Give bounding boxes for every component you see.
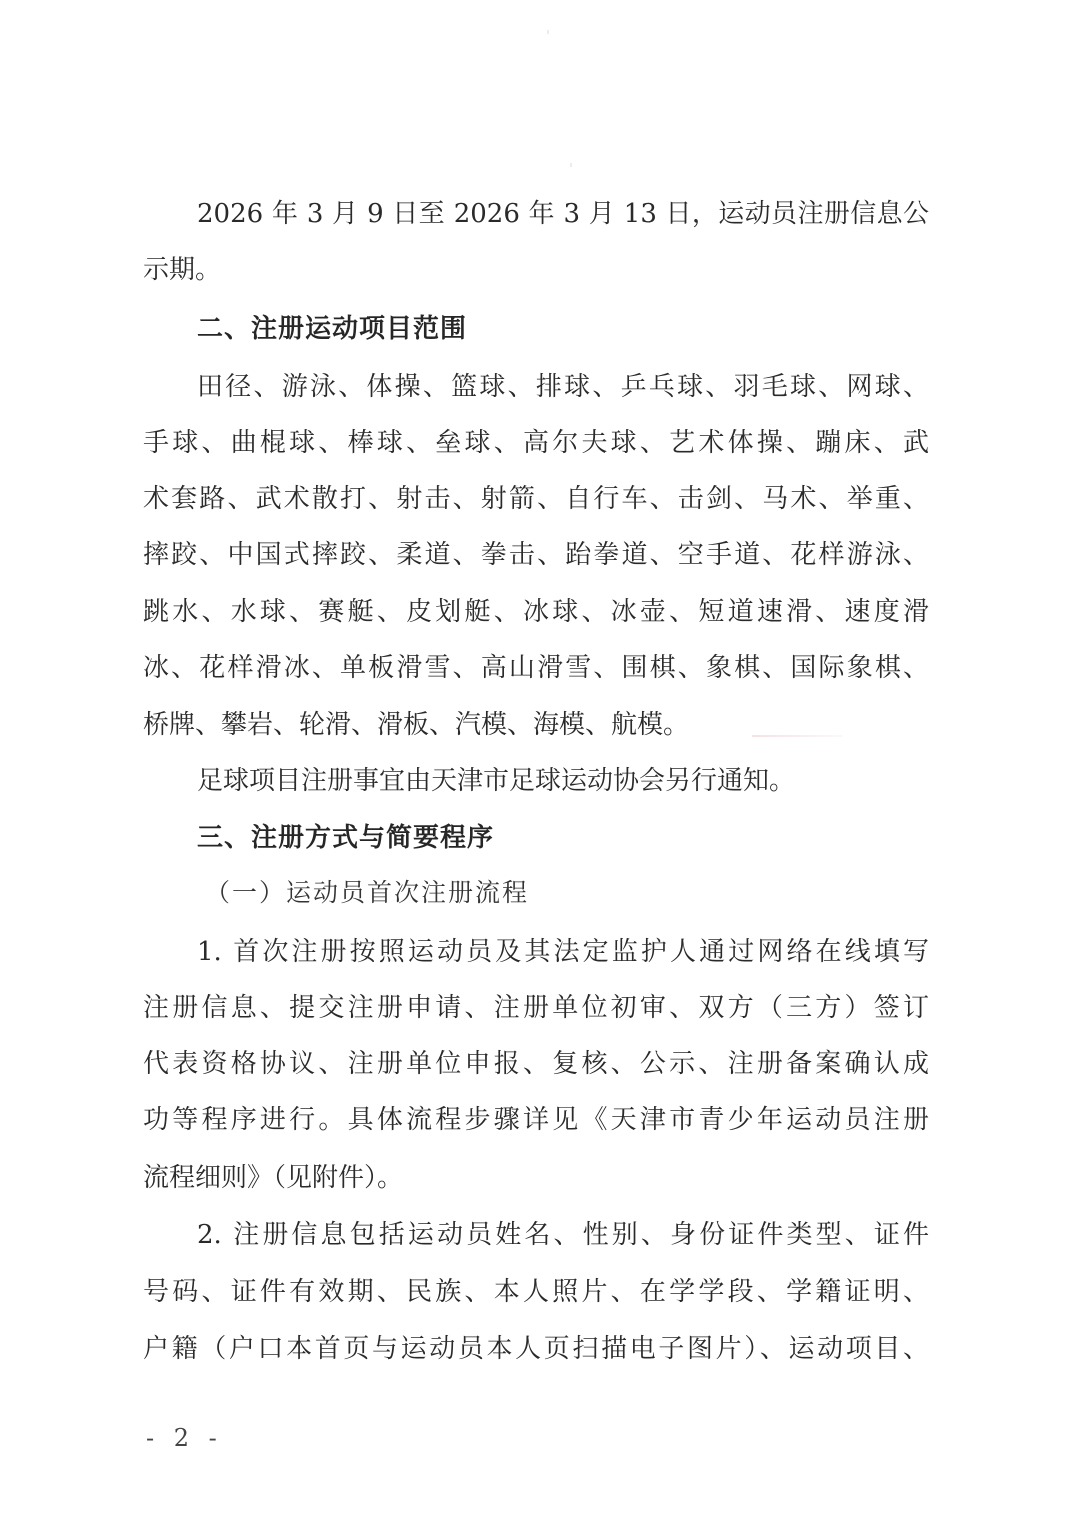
item-one-line-2: 注册信息、提交注册申请、注册单位初审、双方（三方）签订	[143, 988, 929, 1028]
scan-dust	[570, 163, 572, 167]
sports-list-line-2: 手球、曲棍球、棒球、垒球、高尔夫球、艺术体操、蹦床、武	[143, 423, 929, 463]
period-notice-line-2: 示期。	[143, 250, 929, 290]
sports-list-line-1: 田径、游泳、体操、篮球、排球、乒乓球、羽毛球、网球、	[197, 367, 929, 407]
item-one-line-5: 流程细则》（见附件）。	[143, 1158, 929, 1198]
period-notice-line-1: 2026 年 3 月 9 日至 2026 年 3 月 13 日，运动员注册信息公	[197, 194, 929, 234]
sports-list-line-5: 跳水、水球、赛艇、皮划艇、冰球、冰壶、短道速滑、速度滑	[143, 592, 929, 632]
section-three-heading: 三、注册方式与简要程序	[197, 818, 929, 858]
page-number: - 2 -	[146, 1424, 223, 1452]
item-two-line-3: 户籍（户口本首页与运动员本人页扫描电子图片）、运动项目、	[143, 1329, 929, 1369]
sports-list-line-6: 冰、花样滑冰、单板滑雪、高山滑雪、围棋、象棋、国际象棋、	[143, 648, 929, 688]
sports-list-line-7: 桥牌、攀岩、轮滑、滑板、汽模、海模、航模。	[143, 705, 929, 745]
item-one-line-1: 1. 首次注册按照运动员及其法定监护人通过网络在线填写	[197, 932, 929, 972]
subsection-one-heading: （一）运动员首次注册流程	[205, 873, 929, 913]
scan-artifact	[752, 735, 842, 737]
section-two-heading: 二、注册运动项目范围	[197, 309, 929, 349]
football-notice: 足球项目注册事宜由天津市足球运动协会另行通知。	[197, 761, 929, 801]
item-one-line-3: 代表资格协议、注册单位申报、复核、公示、注册备案确认成	[143, 1044, 929, 1084]
sports-list-line-3: 术套路、武术散打、射击、射箭、自行车、击剑、马术、举重、	[143, 479, 929, 519]
document-page: 2026 年 3 月 9 日至 2026 年 3 月 13 日，运动员注册信息公…	[0, 0, 1074, 1519]
sports-list-line-4: 摔跤、中国式摔跤、柔道、拳击、跆拳道、空手道、花样游泳、	[143, 535, 929, 575]
scan-dust	[547, 30, 549, 34]
item-one-line-4: 功等程序进行。具体流程步骤详见《天津市青少年运动员注册	[143, 1100, 929, 1140]
item-two-line-2: 号码、证件有效期、民族、本人照片、在学学段、学籍证明、	[143, 1272, 929, 1312]
item-two-line-1: 2. 注册信息包括运动员姓名、性别、身份证件类型、证件	[197, 1215, 929, 1255]
